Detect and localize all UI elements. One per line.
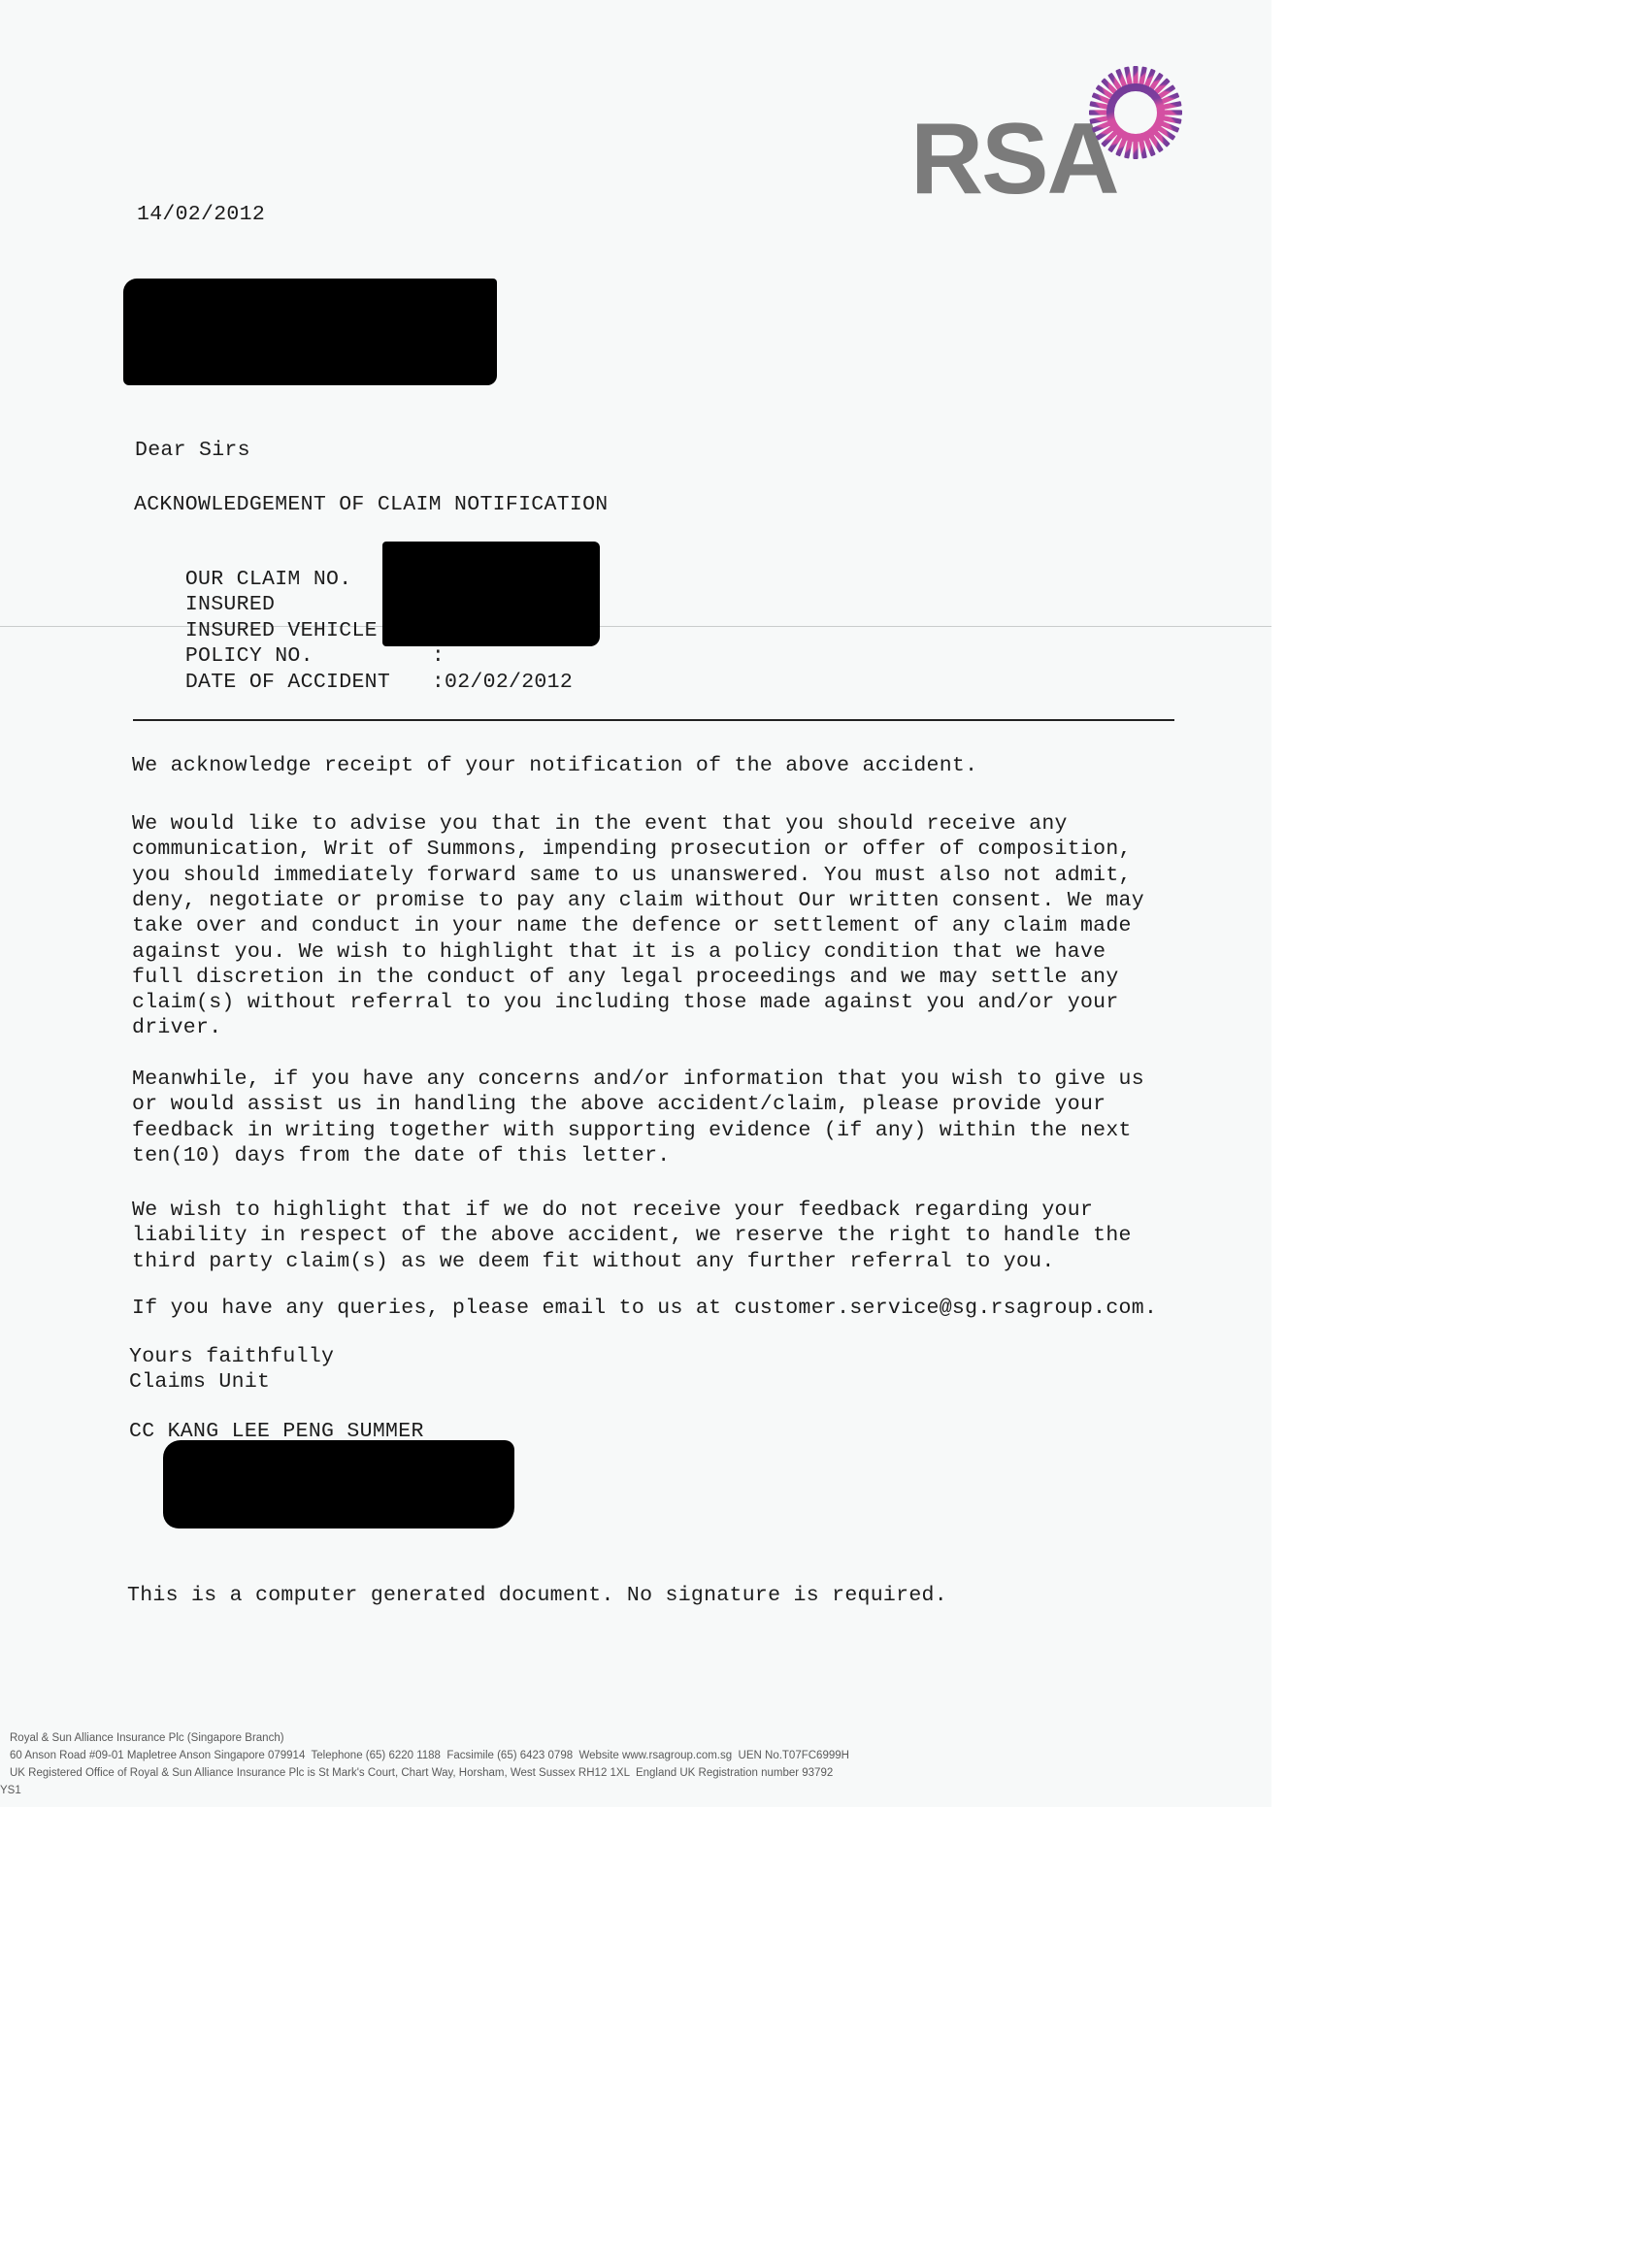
body-line: or would assist us in handling the above… (132, 1092, 1105, 1117)
body-line: We would like to advise you that in the … (132, 811, 1068, 837)
letter-subject: ACKNOWLEDGEMENT OF CLAIM NOTIFICATION (134, 492, 608, 517)
section-divider (133, 719, 1174, 721)
body-line: communication, Writ of Summons, impendin… (132, 837, 1132, 862)
footer-reference-code: YS1 (0, 1782, 21, 1799)
body-line: We acknowledge receipt of your notificat… (132, 753, 977, 778)
body-line: driver. (132, 1015, 221, 1040)
redacted-cc-address (163, 1440, 514, 1528)
body-line: We wish to highlight that if we do not r… (132, 1198, 1093, 1223)
body-line: feedback in writing together with suppor… (132, 1118, 1132, 1143)
field-label: DATE OF ACCIDENT (185, 670, 432, 695)
body-line: third party claim(s) as we deem fit with… (132, 1249, 1055, 1274)
body-line: If you have any queries, please email to… (132, 1296, 1157, 1321)
salutation: Dear Sirs (135, 438, 250, 463)
field-value: :02/02/2012 (432, 671, 573, 694)
scanned-letter-page: RSA 14/02/2012 Dear Sirs ACKNOWLEDGEMENT… (0, 0, 1271, 1807)
sunburst-icon (1085, 62, 1186, 163)
body-line: against you. We wish to highlight that i… (132, 939, 1105, 965)
signatory: Claims Unit (129, 1369, 270, 1395)
body-line: take over and conduct in your name the d… (132, 913, 1132, 938)
footer-company-name: Royal & Sun Alliance Insurance Plc (Sing… (10, 1729, 284, 1747)
body-line: full discretion in the conduct of any le… (132, 965, 1119, 990)
body-line: claim(s) without referral to you includi… (132, 990, 1119, 1015)
body-line: liability in respect of the above accide… (132, 1223, 1132, 1248)
footer-address: 60 Anson Road #09-01 Mapletree Anson Sin… (10, 1747, 849, 1764)
closing: Yours faithfully (129, 1344, 334, 1369)
redacted-address (123, 279, 497, 385)
body-line: ten(10) days from the date of this lette… (132, 1143, 671, 1168)
footer-registered-office: UK Registered Office of Royal & Sun Alli… (10, 1764, 833, 1782)
computer-generated-notice: This is a computer generated document. N… (127, 1583, 947, 1608)
body-line: you should immediately forward same to u… (132, 863, 1132, 888)
body-line: deny, negotiate or promise to pay any cl… (132, 888, 1144, 913)
letter-date: 14/02/2012 (137, 203, 265, 226)
field-date-of-accident: DATE OF ACCIDENT:02/02/2012 (134, 644, 573, 670)
redacted-claim-details (382, 542, 600, 646)
body-line: Meanwhile, if you have any concerns and/… (132, 1067, 1144, 1092)
